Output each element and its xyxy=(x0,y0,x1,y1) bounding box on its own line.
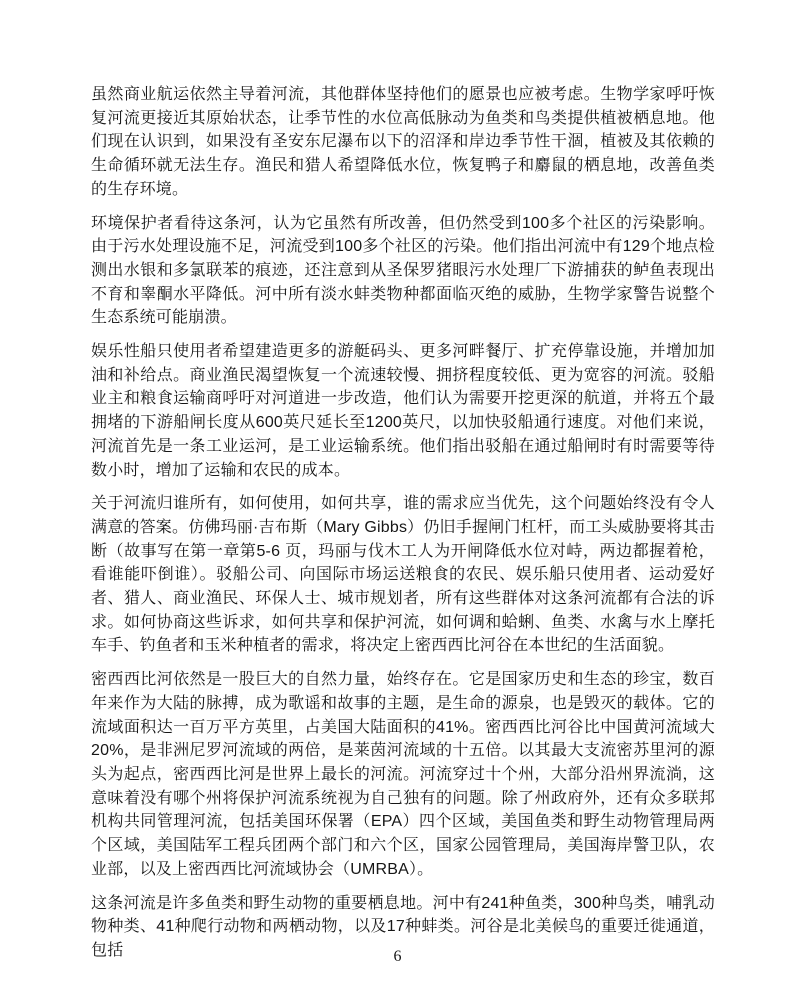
paragraph-1: 虽然商业航运依然主导着河流，其他群体坚持他们的愿景也应被考虑。生物学家呼吁恢复河… xyxy=(91,83,715,202)
paragraph-2: 环境保护者看待这条河，认为它虽然有所改善，但仍然受到100多个社区的污染影响。由… xyxy=(91,212,715,331)
paragraph-5: 密西西比河依然是一股巨大的自然力量，始终存在。它是国家历史和生态的珍宝，数百年来… xyxy=(91,668,715,881)
page-number: 6 xyxy=(0,948,795,966)
document-page: 虽然商业航运依然主导着河流，其他群体坚持他们的愿景也应被考虑。生物学家呼吁恢复河… xyxy=(0,0,795,1000)
text-content: 虽然商业航运依然主导着河流，其他群体坚持他们的愿景也应被考虑。生物学家呼吁恢复河… xyxy=(91,83,715,973)
paragraph-4: 关于河流归谁所有，如何使用，如何共享，谁的需求应当优先，这个问题始终没有令人满意… xyxy=(91,492,715,658)
paragraph-3: 娱乐性船只使用者希望建造更多的游艇码头、更多河畔餐厅、扩充停靠设施，并增加加油和… xyxy=(91,340,715,482)
